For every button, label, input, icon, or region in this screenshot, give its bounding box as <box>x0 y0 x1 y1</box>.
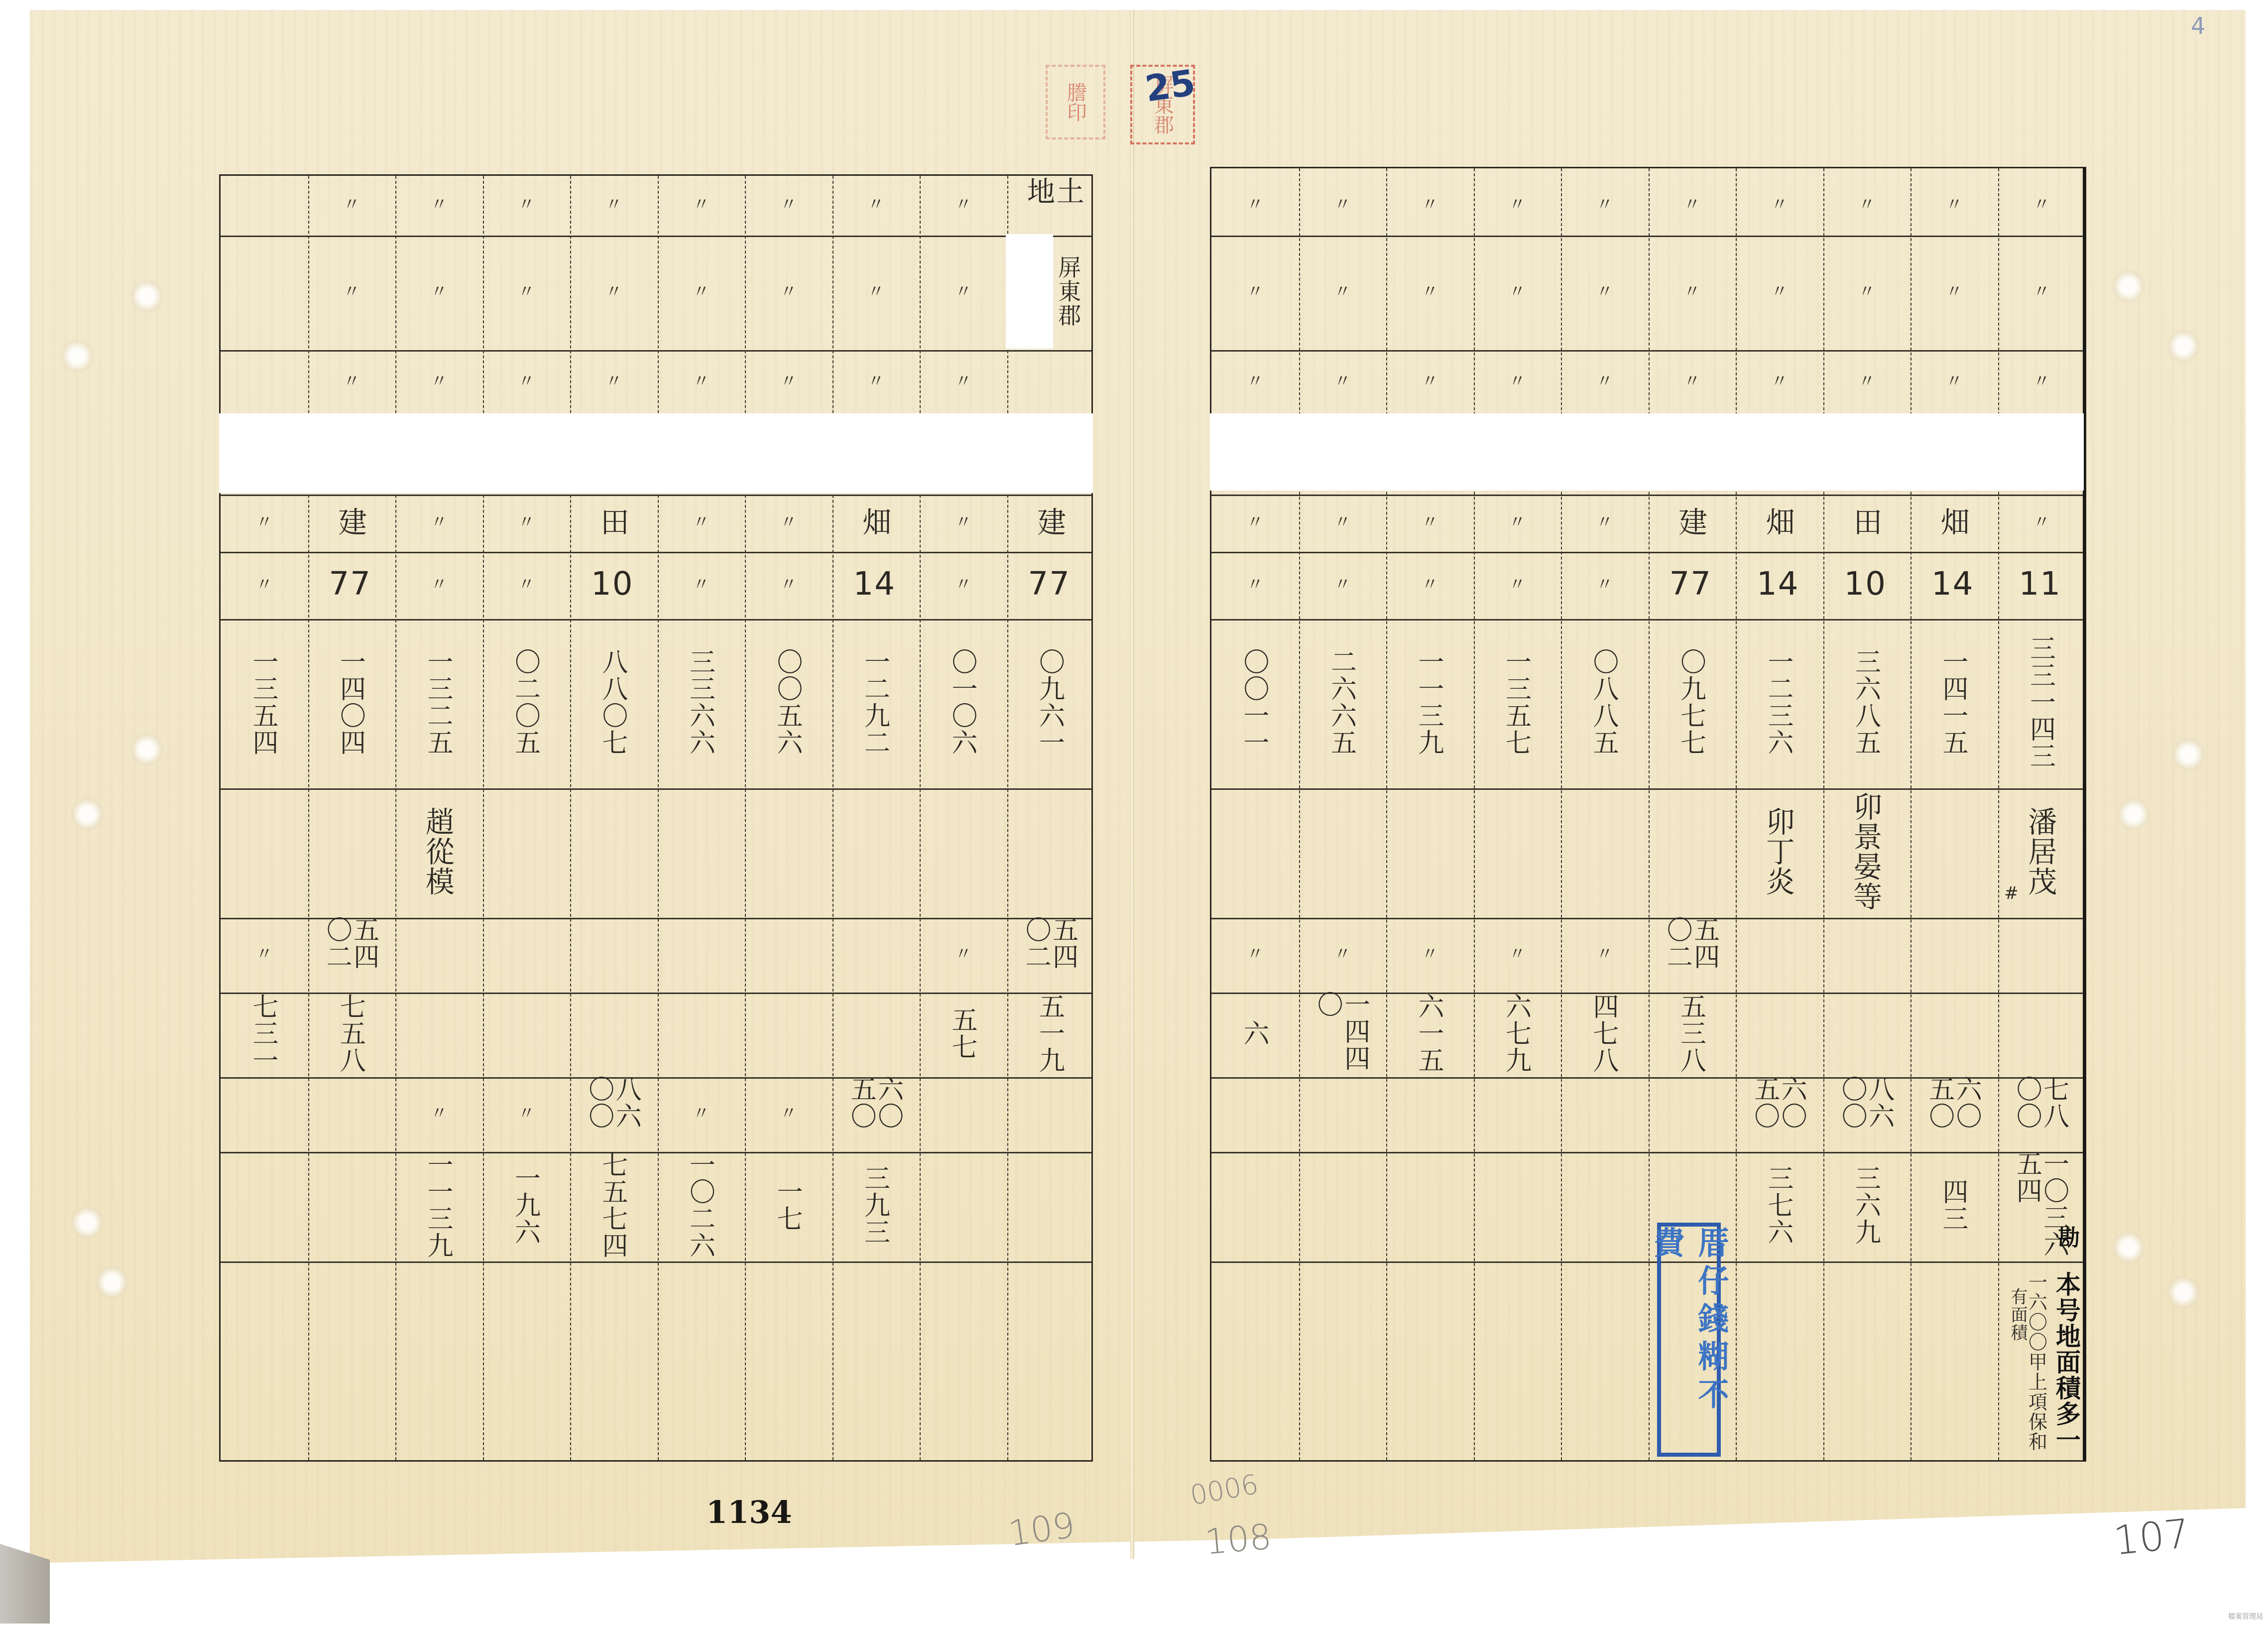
emboss-mark <box>2116 797 2151 832</box>
value-cell: 〃 <box>394 1076 481 1150</box>
value-cell: 六〇五〇 <box>1909 1076 1997 1150</box>
corner-pencil-mark: 4 <box>2191 12 2205 39</box>
value-cell: 五四〇二 <box>1647 916 1735 991</box>
value-cell <box>1210 1150 1298 1260</box>
value-cell <box>569 916 656 991</box>
grade-cell: 〃 <box>656 550 744 618</box>
value-cell: 五四〇二 <box>307 916 394 991</box>
emboss-mark <box>95 1265 129 1300</box>
value-cell <box>1472 1076 1560 1150</box>
pencil-mark-far-right: 107 <box>2112 1510 2192 1564</box>
value-cell: 三九三 <box>831 1150 919 1260</box>
emboss-mark <box>70 797 105 832</box>
ditto-mark: 〃 <box>1909 349 1997 413</box>
red-seal-left: 謄印 <box>1046 65 1105 139</box>
ditto-mark: 〃 <box>1822 234 1910 349</box>
value-cell <box>1006 1150 1093 1260</box>
value-cell: 三六九 <box>1822 1150 1910 1260</box>
grade-cell: 〃 <box>1210 550 1298 618</box>
land-category-cell: 〃 <box>656 493 744 550</box>
ditto-mark: 〃 <box>1298 234 1385 349</box>
lot-number-cell: 三三一四三 <box>1997 618 2084 787</box>
value-cell <box>1822 991 1910 1076</box>
owner-note-mark: # <box>2002 876 2022 911</box>
land-category-cell: 畑 <box>831 493 919 550</box>
ditto-mark: 〃 <box>1472 234 1560 349</box>
emboss-mark <box>129 732 164 767</box>
value-cell <box>1298 1076 1385 1150</box>
value-cell <box>1559 1150 1647 1260</box>
ditto-mark <box>219 234 307 349</box>
value-cell <box>1006 1076 1093 1150</box>
grade-cell: 〃 <box>1298 550 1385 618</box>
footer-note-mark: 勘 <box>2049 1215 2084 1260</box>
value-cell: 七三一 <box>219 991 307 1076</box>
emboss-mark <box>2111 1230 2146 1265</box>
ditto-mark: 〃 <box>1909 174 1997 234</box>
lot-number-cell: 〇一〇六 <box>918 618 1006 787</box>
page-fold <box>1130 10 1134 1559</box>
ditto-mark: 〃 <box>1559 349 1647 413</box>
emboss-mark <box>2171 737 2206 772</box>
value-cell <box>394 991 481 1076</box>
owner-name-cell <box>569 787 656 916</box>
ditto-mark <box>219 174 307 234</box>
ditto-mark: 〃 <box>831 234 919 349</box>
ditto-mark: 〃 <box>918 234 1006 349</box>
value-cell: 四三 <box>1909 1150 1997 1260</box>
ditto-mark: 〃 <box>1997 174 2084 234</box>
value-cell <box>219 1150 307 1260</box>
value-cell: 六一五 <box>1385 991 1472 1076</box>
ditto-mark: 〃 <box>656 349 744 413</box>
ditto-mark: 〃 <box>743 234 831 349</box>
grade-cell: 〃 <box>1559 550 1647 618</box>
land-category-cell: 〃 <box>918 493 1006 550</box>
emboss-mark <box>60 339 95 374</box>
owner-name-cell <box>1385 787 1472 916</box>
ditto-mark: 〃 <box>918 349 1006 413</box>
land-category-cell: 〃 <box>1298 493 1385 550</box>
lot-number-cell: 〇九六一 <box>1006 618 1093 787</box>
ditto-mark: 〃 <box>1647 349 1735 413</box>
value-cell: 八六〇〇 <box>569 1076 656 1150</box>
owner-name-cell <box>831 787 919 916</box>
value-cell: 七八〇〇 <box>1997 1076 2084 1150</box>
value-cell <box>1734 916 1822 991</box>
value-cell: 〃 <box>1385 916 1472 991</box>
value-cell: 六 <box>1210 991 1298 1076</box>
land-category-cell: 〃 <box>1385 493 1472 550</box>
owner-name-cell <box>481 787 569 916</box>
blue-ink-number: 25 <box>1143 61 1198 110</box>
ditto-mark: 〃 <box>1647 234 1735 349</box>
land-category-cell: 田 <box>1822 493 1910 550</box>
value-cell: 〃 <box>918 916 1006 991</box>
value-cell: 〃 <box>1298 916 1385 991</box>
value-cell <box>394 916 481 991</box>
value-cell <box>1385 1076 1472 1150</box>
ditto-mark: 〃 <box>569 234 656 349</box>
value-cell: 四七八 <box>1559 991 1647 1076</box>
owner-name-cell <box>743 787 831 916</box>
ditto-mark: 〃 <box>1385 174 1472 234</box>
value-cell: 五一九 <box>1006 991 1093 1076</box>
value-cell <box>1997 916 2084 991</box>
emboss-mark <box>129 279 164 314</box>
value-cell <box>1997 991 2084 1076</box>
grade-cell: 10 <box>1822 550 1910 618</box>
owner-name-cell: 趙從模 <box>394 787 481 916</box>
ditto-mark: 〃 <box>656 174 744 234</box>
lot-number-cell: 〇二〇五 <box>481 618 569 787</box>
owner-name-cell <box>1472 787 1560 916</box>
printed-page-number: 1134 <box>706 1494 792 1530</box>
grade-cell: 14 <box>1734 550 1822 618</box>
grid-row-line <box>221 1261 1091 1263</box>
owner-name-cell <box>1210 787 1298 916</box>
owner-name-cell <box>1647 787 1735 916</box>
ditto-mark: 〃 <box>1559 234 1647 349</box>
grade-cell: 14 <box>1909 550 1997 618</box>
value-cell: 五七 <box>918 991 1006 1076</box>
value-cell: 〃 <box>1559 916 1647 991</box>
ditto-mark: 〃 <box>1909 234 1997 349</box>
ditto-mark: 〃 <box>307 349 394 413</box>
lot-number-cell: 一四一五 <box>1909 618 1997 787</box>
value-cell: 一七 <box>743 1150 831 1260</box>
lot-number-cell: 三六八五 <box>1822 618 1910 787</box>
value-cell: 五四〇二 <box>1006 916 1093 991</box>
lot-number-cell: 一一三九 <box>1385 618 1472 787</box>
value-cell: 一一三九 <box>394 1150 481 1260</box>
owner-name-cell <box>219 787 307 916</box>
value-cell: 〃 <box>743 1076 831 1150</box>
value-cell <box>1298 1150 1385 1260</box>
owner-name-cell <box>307 787 394 916</box>
ditto-mark: 〃 <box>1997 234 2084 349</box>
grade-cell: 77 <box>307 550 394 618</box>
lot-number-cell: 一二九二 <box>831 618 919 787</box>
value-cell <box>1210 1076 1298 1150</box>
value-cell <box>1734 991 1822 1076</box>
land-category-cell: 建 <box>307 493 394 550</box>
owner-name-cell: 卯丁炎 <box>1734 787 1822 916</box>
blue-stamp: 厝仔錢糊不費 <box>1657 1223 1721 1457</box>
pencil-mark-left: 109 <box>1006 1504 1077 1554</box>
value-cell <box>743 916 831 991</box>
value-cell: 六〇五〇 <box>831 1076 919 1150</box>
value-cell <box>743 991 831 1076</box>
land-category-cell: 〃 <box>481 493 569 550</box>
value-cell: 七五七四 <box>569 1150 656 1260</box>
value-cell <box>656 991 744 1076</box>
land-category-cell: 〃 <box>1997 493 2084 550</box>
footer-note-2: 有面積 <box>2007 1265 2029 1365</box>
ditto-mark: 〃 <box>1210 349 1298 413</box>
value-cell: 三七六 <box>1734 1150 1822 1260</box>
grade-cell: 10 <box>569 550 656 618</box>
ditto-mark: 〃 <box>1734 349 1822 413</box>
ditto-mark: 〃 <box>307 174 394 234</box>
lot-number-cell: 〇八八五 <box>1559 618 1647 787</box>
value-cell <box>1909 991 1997 1076</box>
ditto-mark: 〃 <box>1647 174 1735 234</box>
value-cell: 〃 <box>656 1076 744 1150</box>
grade-cell: 〃 <box>1385 550 1472 618</box>
owner-name-cell <box>918 787 1006 916</box>
lot-number-cell: 一四〇四 <box>307 618 394 787</box>
ditto-mark: 〃 <box>1210 234 1298 349</box>
land-category-cell: 〃 <box>1559 493 1647 550</box>
lot-number-cell: 一三五四 <box>219 618 307 787</box>
value-cell: 一九六 <box>481 1150 569 1260</box>
grade-cell: 〃 <box>394 550 481 618</box>
ditto-mark <box>219 349 307 413</box>
grade-cell: 〃 <box>481 550 569 618</box>
grade-cell: 77 <box>1647 550 1735 618</box>
value-cell <box>1559 1076 1647 1150</box>
value-cell <box>831 991 919 1076</box>
emboss-mark <box>2166 329 2201 364</box>
value-cell: 六七九 <box>1472 991 1560 1076</box>
value-cell <box>1647 1076 1735 1150</box>
header-district-label: 屏東郡 <box>1048 234 1088 349</box>
ditto-mark: 〃 <box>1997 349 2084 413</box>
ditto-mark: 〃 <box>743 349 831 413</box>
emboss-mark <box>70 1205 105 1240</box>
grade-cell: 〃 <box>219 550 307 618</box>
ditto-mark: 〃 <box>1298 174 1385 234</box>
lot-number-cell: 一三五七 <box>1472 618 1560 787</box>
ditto-mark: 〃 <box>394 234 481 349</box>
land-category-cell: 田 <box>569 493 656 550</box>
ditto-mark: 〃 <box>1822 349 1910 413</box>
value-cell: 五三八 <box>1647 991 1735 1076</box>
land-category-cell: 畑 <box>1734 493 1822 550</box>
value-cell: 〃 <box>481 1076 569 1150</box>
header-land-label: 土地 <box>1018 177 1088 234</box>
ditto-mark: 〃 <box>1734 174 1822 234</box>
grade-cell: 77 <box>1006 550 1093 618</box>
land-category-cell: 〃 <box>1472 493 1560 550</box>
ditto-mark: 〃 <box>394 349 481 413</box>
ditto-mark: 〃 <box>743 174 831 234</box>
owner-name-cell <box>1298 787 1385 916</box>
ditto-mark: 〃 <box>569 349 656 413</box>
owner-name-cell <box>1006 787 1093 916</box>
ditto-mark: 〃 <box>1472 349 1560 413</box>
value-cell: 七五八 <box>307 991 394 1076</box>
emboss-mark <box>2166 1275 2201 1310</box>
lot-number-cell: 〇〇一一 <box>1210 618 1298 787</box>
ditto-mark: 〃 <box>569 174 656 234</box>
value-cell <box>831 916 919 991</box>
redaction-bar-right <box>1210 413 2084 491</box>
grade-cell: 〃 <box>1472 550 1560 618</box>
owner-name-cell: 卯景晏等 <box>1822 787 1910 916</box>
value-cell: 〃 <box>1210 916 1298 991</box>
ditto-mark: 〃 <box>1472 174 1560 234</box>
lot-number-cell: 〇〇五六 <box>743 618 831 787</box>
emboss-mark <box>2111 269 2146 304</box>
value-cell: 一〇二六 <box>656 1150 744 1260</box>
value-cell <box>1822 916 1910 991</box>
lot-number-cell: 一二三六 <box>1734 618 1822 787</box>
ditto-mark: 〃 <box>1559 174 1647 234</box>
land-category-cell: 〃 <box>219 493 307 550</box>
owner-name-cell <box>656 787 744 916</box>
ditto-mark: 〃 <box>918 174 1006 234</box>
ditto-mark: 〃 <box>481 234 569 349</box>
ditto-mark: 〃 <box>1298 349 1385 413</box>
ditto-mark: 〃 <box>1385 349 1472 413</box>
redaction-bar-left <box>219 413 1093 493</box>
pencil-mark-right: 108 <box>1203 1516 1273 1562</box>
land-category-cell: 畑 <box>1909 493 1997 550</box>
value-cell <box>219 1076 307 1150</box>
ditto-mark: 〃 <box>1734 234 1822 349</box>
value-cell <box>307 1150 394 1260</box>
footer-note-bold: 本号地面積多一 <box>2049 1265 2084 1459</box>
grade-cell: 11 <box>1997 550 2084 618</box>
land-category-cell: 〃 <box>394 493 481 550</box>
value-cell <box>569 991 656 1076</box>
value-cell <box>481 916 569 991</box>
owner-name-cell <box>1909 787 1997 916</box>
ditto-mark: 〃 <box>1822 174 1910 234</box>
grade-cell: 〃 <box>743 550 831 618</box>
lot-number-cell: 三三六六 <box>656 618 744 787</box>
lot-number-cell: 二六六五 <box>1298 618 1385 787</box>
ditto-mark: 〃 <box>1210 174 1298 234</box>
value-cell <box>918 1150 1006 1260</box>
watermark-text: 檔案管理局 <box>2228 1611 2263 1621</box>
value-cell <box>1472 1150 1560 1260</box>
ditto-mark: 〃 <box>481 174 569 234</box>
ditto-mark: 〃 <box>394 174 481 234</box>
lot-number-cell: 一三二五 <box>394 618 481 787</box>
value-cell: 〃 <box>219 916 307 991</box>
ditto-mark: 〃 <box>831 349 919 413</box>
value-cell: 六〇五〇 <box>1734 1076 1822 1150</box>
owner-name-cell <box>1559 787 1647 916</box>
land-category-cell: 〃 <box>743 493 831 550</box>
value-cell <box>481 991 569 1076</box>
value-cell <box>656 916 744 991</box>
value-cell: 〃 <box>1472 916 1560 991</box>
grade-cell: 14 <box>831 550 919 618</box>
ditto-mark: 〃 <box>1385 234 1472 349</box>
lot-number-cell: 八八〇七 <box>569 618 656 787</box>
ditto-mark: 〃 <box>307 234 394 349</box>
redaction-block <box>1006 234 1053 349</box>
value-cell: 一四四〇 <box>1298 991 1385 1076</box>
value-cell <box>918 1076 1006 1150</box>
ditto-mark: 〃 <box>831 174 919 234</box>
ditto-mark: 〃 <box>656 234 744 349</box>
land-category-cell: 建 <box>1647 493 1735 550</box>
value-cell: 八六〇〇 <box>1822 1076 1910 1150</box>
ditto-mark: 〃 <box>481 349 569 413</box>
value-cell <box>1385 1150 1472 1260</box>
value-cell <box>1909 916 1997 991</box>
value-cell <box>307 1076 394 1150</box>
lot-number-cell: 〇九七七 <box>1647 618 1735 787</box>
land-category-cell: 〃 <box>1210 493 1298 550</box>
grade-cell: 〃 <box>918 550 1006 618</box>
land-category-cell: 建 <box>1006 493 1093 550</box>
